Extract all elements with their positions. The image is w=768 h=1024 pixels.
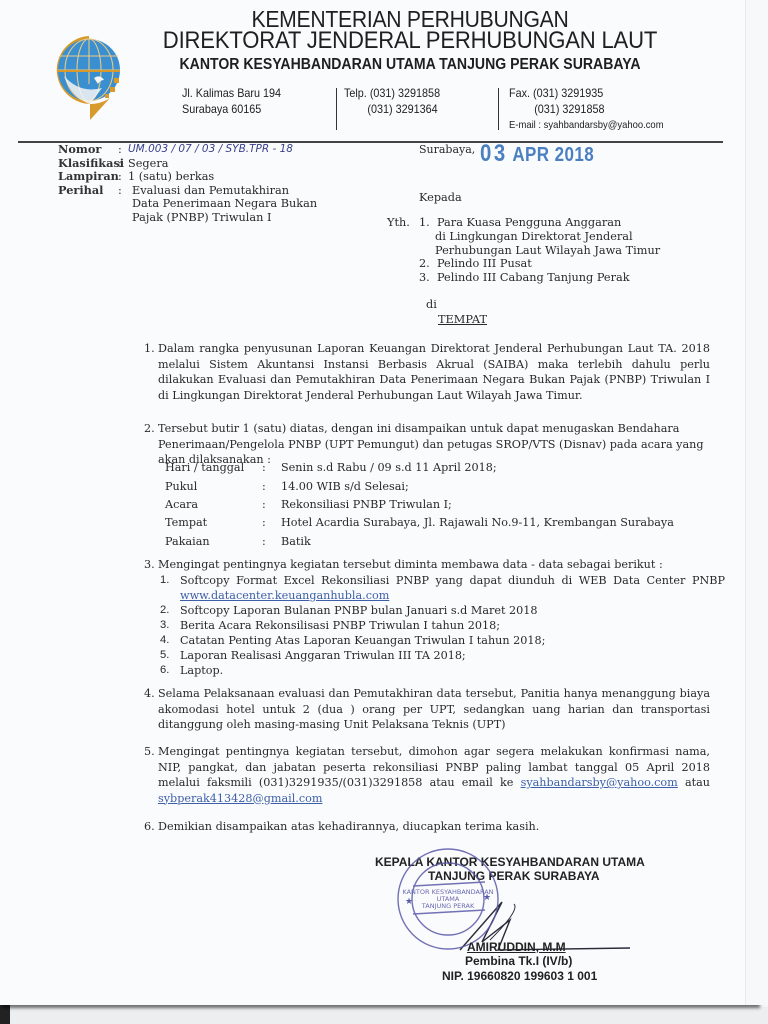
svg-text:TANJUNG PERAK: TANJUNG PERAK: [421, 902, 475, 910]
office-address: Jl. Kalimas Baru 194 Surabaya 60165: [182, 85, 281, 117]
paragraph-1: 1. Dalam rangka penyusunan Laporan Keuan…: [144, 341, 710, 405]
globe-ship-emblem-icon: [50, 32, 128, 126]
required-documents-list: 1.Softcopy Format Excel Rekonsiliasi PNB…: [160, 573, 720, 683]
event-schedule: Hari / tanggal:Senin s.d Rabu / 09 s.d 1…: [165, 461, 715, 561]
date-stamp: 03 APR 2018: [480, 140, 594, 168]
letter-meta: Nomor : UM.003 / 07 / 03 / SYB.TPR - 18 …: [58, 143, 358, 223]
signatory-rank: Pembina Tk.I (IV/b): [465, 954, 572, 968]
letter-number: UM.003 / 07 / 03 / SYB.TPR - 18: [128, 143, 293, 157]
office-telephone: Telp. (031) 3291858 (031) 3291364: [344, 85, 440, 117]
svg-text:★: ★: [483, 893, 491, 903]
classification: Segera: [128, 157, 168, 171]
attachment: 1 (satu) berkas: [128, 170, 214, 184]
paragraph-3: 3. Mengingat pentingnya kegiatan tersebu…: [144, 557, 710, 573]
letter-place: Surabaya,: [419, 143, 475, 156]
signatory-nip: NIP. 19660820 199603 1 001: [442, 969, 597, 983]
subject-line: Pajak (PNBP) Triwulan I: [132, 211, 271, 225]
office-fax: Fax. (031) 3291935 (031) 3291858 E-mail …: [509, 85, 664, 133]
paragraph-4: 4. Selama Pelaksanaan evaluasi dan Pemut…: [144, 686, 710, 734]
svg-text:★: ★: [405, 897, 413, 907]
di-label: di: [426, 298, 437, 312]
page-margin-strip: [745, 0, 768, 1005]
recipient-item: 3. Pelindo III Cabang Tanjung Perak: [419, 271, 719, 285]
kepada-label: Kepada: [419, 191, 462, 205]
tempat-label: TEMPAT: [438, 313, 487, 327]
next-page-edge: [10, 1007, 768, 1024]
directorate-name: DIREKTORAT JENDERAL PERHUBUNGAN LAUT: [152, 27, 667, 55]
official-stamp-icon: KANTOR KESYAHBANDARAN UTAMA TANJUNG PERA…: [395, 846, 501, 952]
paragraph-5: 5. Mengingat pentingnya kegiatan tersebu…: [144, 744, 710, 808]
divider: [336, 88, 337, 130]
recipient-item: 2. Pelindo III Pusat: [419, 257, 719, 271]
datacenter-link[interactable]: www.datacenter.keuanganhubla.com: [180, 588, 389, 603]
signatory-name: AMIRUDDIN, M.M: [467, 940, 566, 954]
scanner-edge: [0, 1005, 10, 1024]
email-link-gmail[interactable]: sybperak413428@gmail.com: [158, 792, 322, 805]
recipient-item: 1. Para Kuasa Pengguna Anggaran: [419, 216, 719, 230]
email-link-yahoo[interactable]: syahbandarsby@yahoo.com: [521, 776, 678, 789]
letter-page: KEMENTERIAN PERHUBUNGAN DIREKTORAT JENDE…: [0, 0, 758, 1005]
office-name: KANTOR KESYAHBANDARAN UTAMA TANJUNG PERA…: [172, 56, 647, 74]
subject-line: Data Penerimaan Negara Bukan: [132, 197, 317, 211]
divider: [498, 88, 499, 130]
paragraph-6: 6. Demikian disampaikan atas kehadiranny…: [144, 819, 710, 835]
office-email: E-mail : syahbandarsby@yahoo.com: [509, 117, 664, 133]
yth-label: Yth.: [387, 216, 410, 230]
subject-line: Evaluasi dan Pemutakhiran: [132, 184, 289, 198]
recipient-list: 1. Para Kuasa Pengguna Anggaran di Lingk…: [419, 216, 719, 285]
